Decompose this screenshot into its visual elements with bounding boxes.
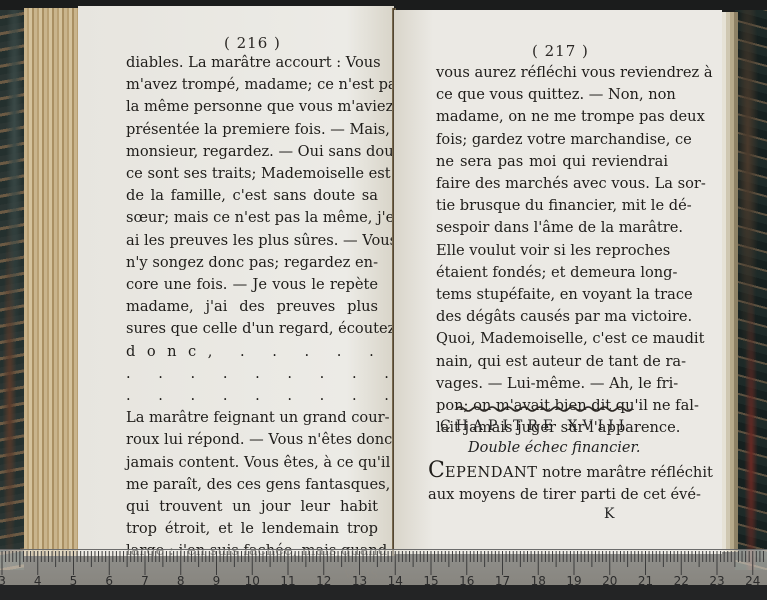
text-line: La marâtre feignant un grand cour- — [126, 407, 378, 429]
text-line: roux lui répond. — Vous n'êtes donc — [126, 429, 378, 451]
text-line: m'avez trompé, madame; ce n'est pas — [126, 74, 378, 96]
page-edges-right — [722, 12, 738, 552]
ellipsis-line: donc, . . . . . . . . . . . — [126, 341, 378, 363]
text-line: des dégâts causés par ma victoire. — [436, 306, 668, 328]
text-line: qui trouvent un jour leur habit — [126, 496, 378, 518]
text-line: monsieur, regardez. — Oui sans doute, — [126, 141, 378, 163]
ruler-ticks: 3456789101112131415161718192021222324 — [0, 550, 767, 586]
text-line: Elle voulut voir si les reproches — [436, 240, 668, 262]
text-line: madame, j'ai des preuves plus — [126, 296, 378, 318]
text-line: trop étroit, et le lendemain trop — [126, 518, 378, 540]
chapter-subtitle: Double échec financier. — [468, 440, 640, 456]
text-line: ce sont ses traits; Mademoiselle est — [126, 163, 378, 185]
ellipsis-line: . . . . . . . . . . . . . . . — [126, 363, 378, 385]
page-number-216: ( 216 ) — [224, 34, 281, 52]
text-line: étaient fondés; et demeura long- — [436, 262, 668, 284]
text-line: jamais content. Vous êtes, à ce qu'il — [126, 452, 378, 474]
text-line: sœur; mais ce n'est pas la même, j'en — [126, 207, 378, 229]
text-line: tems stupéfaite, en voyant la trace — [436, 284, 668, 306]
measuring-ruler: 3456789101112131415161718192021222324 — [0, 549, 767, 586]
left-page-text: diables. La marâtre accourt : Vous m'ave… — [126, 52, 378, 585]
text-line: diables. La marâtre accourt : Vous — [126, 52, 378, 74]
text-line: vous aurez réfléchi vous reviendrez à — [436, 62, 668, 84]
text-line: la même personne que vous m'aviez — [126, 96, 378, 118]
text-line: faire des marchés avec vous. La sor- — [436, 173, 668, 195]
text-line: Quoi, Mademoiselle, c'est ce maudit — [436, 328, 668, 350]
text-line: ne sera pas moi qui reviendrai — [436, 151, 668, 173]
chapter-opening-text: CEPENDANT notre marâtre réfléchit aux mo… — [428, 462, 660, 506]
right-page-text: vous aurez réfléchi vous reviendrez à ce… — [436, 62, 668, 439]
ellipsis-line: . . . . . . . . . . . . . . . — [126, 385, 378, 407]
text-line: sures que celle d'un regard, écoutez- — [126, 318, 378, 340]
text-line: nain, qui est auteur de tant de ra- — [436, 351, 668, 373]
text-line: de la famille, c'est sans doute sa — [126, 185, 378, 207]
text-line: fois; gardez votre marchandise, ce — [436, 129, 668, 151]
text-line: ce que vous quittez. — Non, non — [436, 84, 668, 106]
chapter-title: CHAPITRE XVIII. — [440, 418, 639, 434]
text-line: vages. — Lui-même. — Ah, le fri- — [436, 373, 668, 395]
text-line: sespoir dans l'âme de la marâtre. — [436, 217, 668, 239]
page-edges-left — [24, 8, 78, 556]
text-line: CEPENDANT notre marâtre réfléchit — [428, 462, 660, 484]
right-page: ( 217 ) vous aurez réfléchi vous reviend… — [394, 10, 722, 554]
page-number-217: ( 217 ) — [532, 42, 589, 60]
text-line: core une fois. — Je vous le repète — [126, 274, 378, 296]
text-line: me paraît, des ces gens fantasques, — [126, 474, 378, 496]
left-page: ( 216 ) diables. La marâtre accourt : Vo… — [78, 6, 394, 556]
smallcaps-word: EPENDANT — [445, 464, 538, 481]
wavy-rule-ornament — [434, 405, 656, 413]
text-fragment: notre marâtre réfléchit — [537, 464, 712, 481]
marbled-cover-right — [735, 10, 767, 570]
drop-cap: C — [428, 458, 445, 483]
marbled-cover-left — [0, 10, 24, 570]
text-line: présentée la premiere fois. — Mais, — [126, 119, 378, 141]
text-line: aux moyens de tirer parti de cet évé- — [428, 484, 660, 506]
signature-mark: K — [604, 506, 614, 522]
text-line: madame, on ne me trompe pas deux — [436, 106, 668, 128]
text-line: n'y songez donc pas; regardez en- — [126, 252, 378, 274]
ruler-base — [0, 585, 767, 600]
text-line: tie brusque du financier, mit le dé- — [436, 195, 668, 217]
text-line: ai les preuves les plus sûres. — Vous — [126, 230, 378, 252]
